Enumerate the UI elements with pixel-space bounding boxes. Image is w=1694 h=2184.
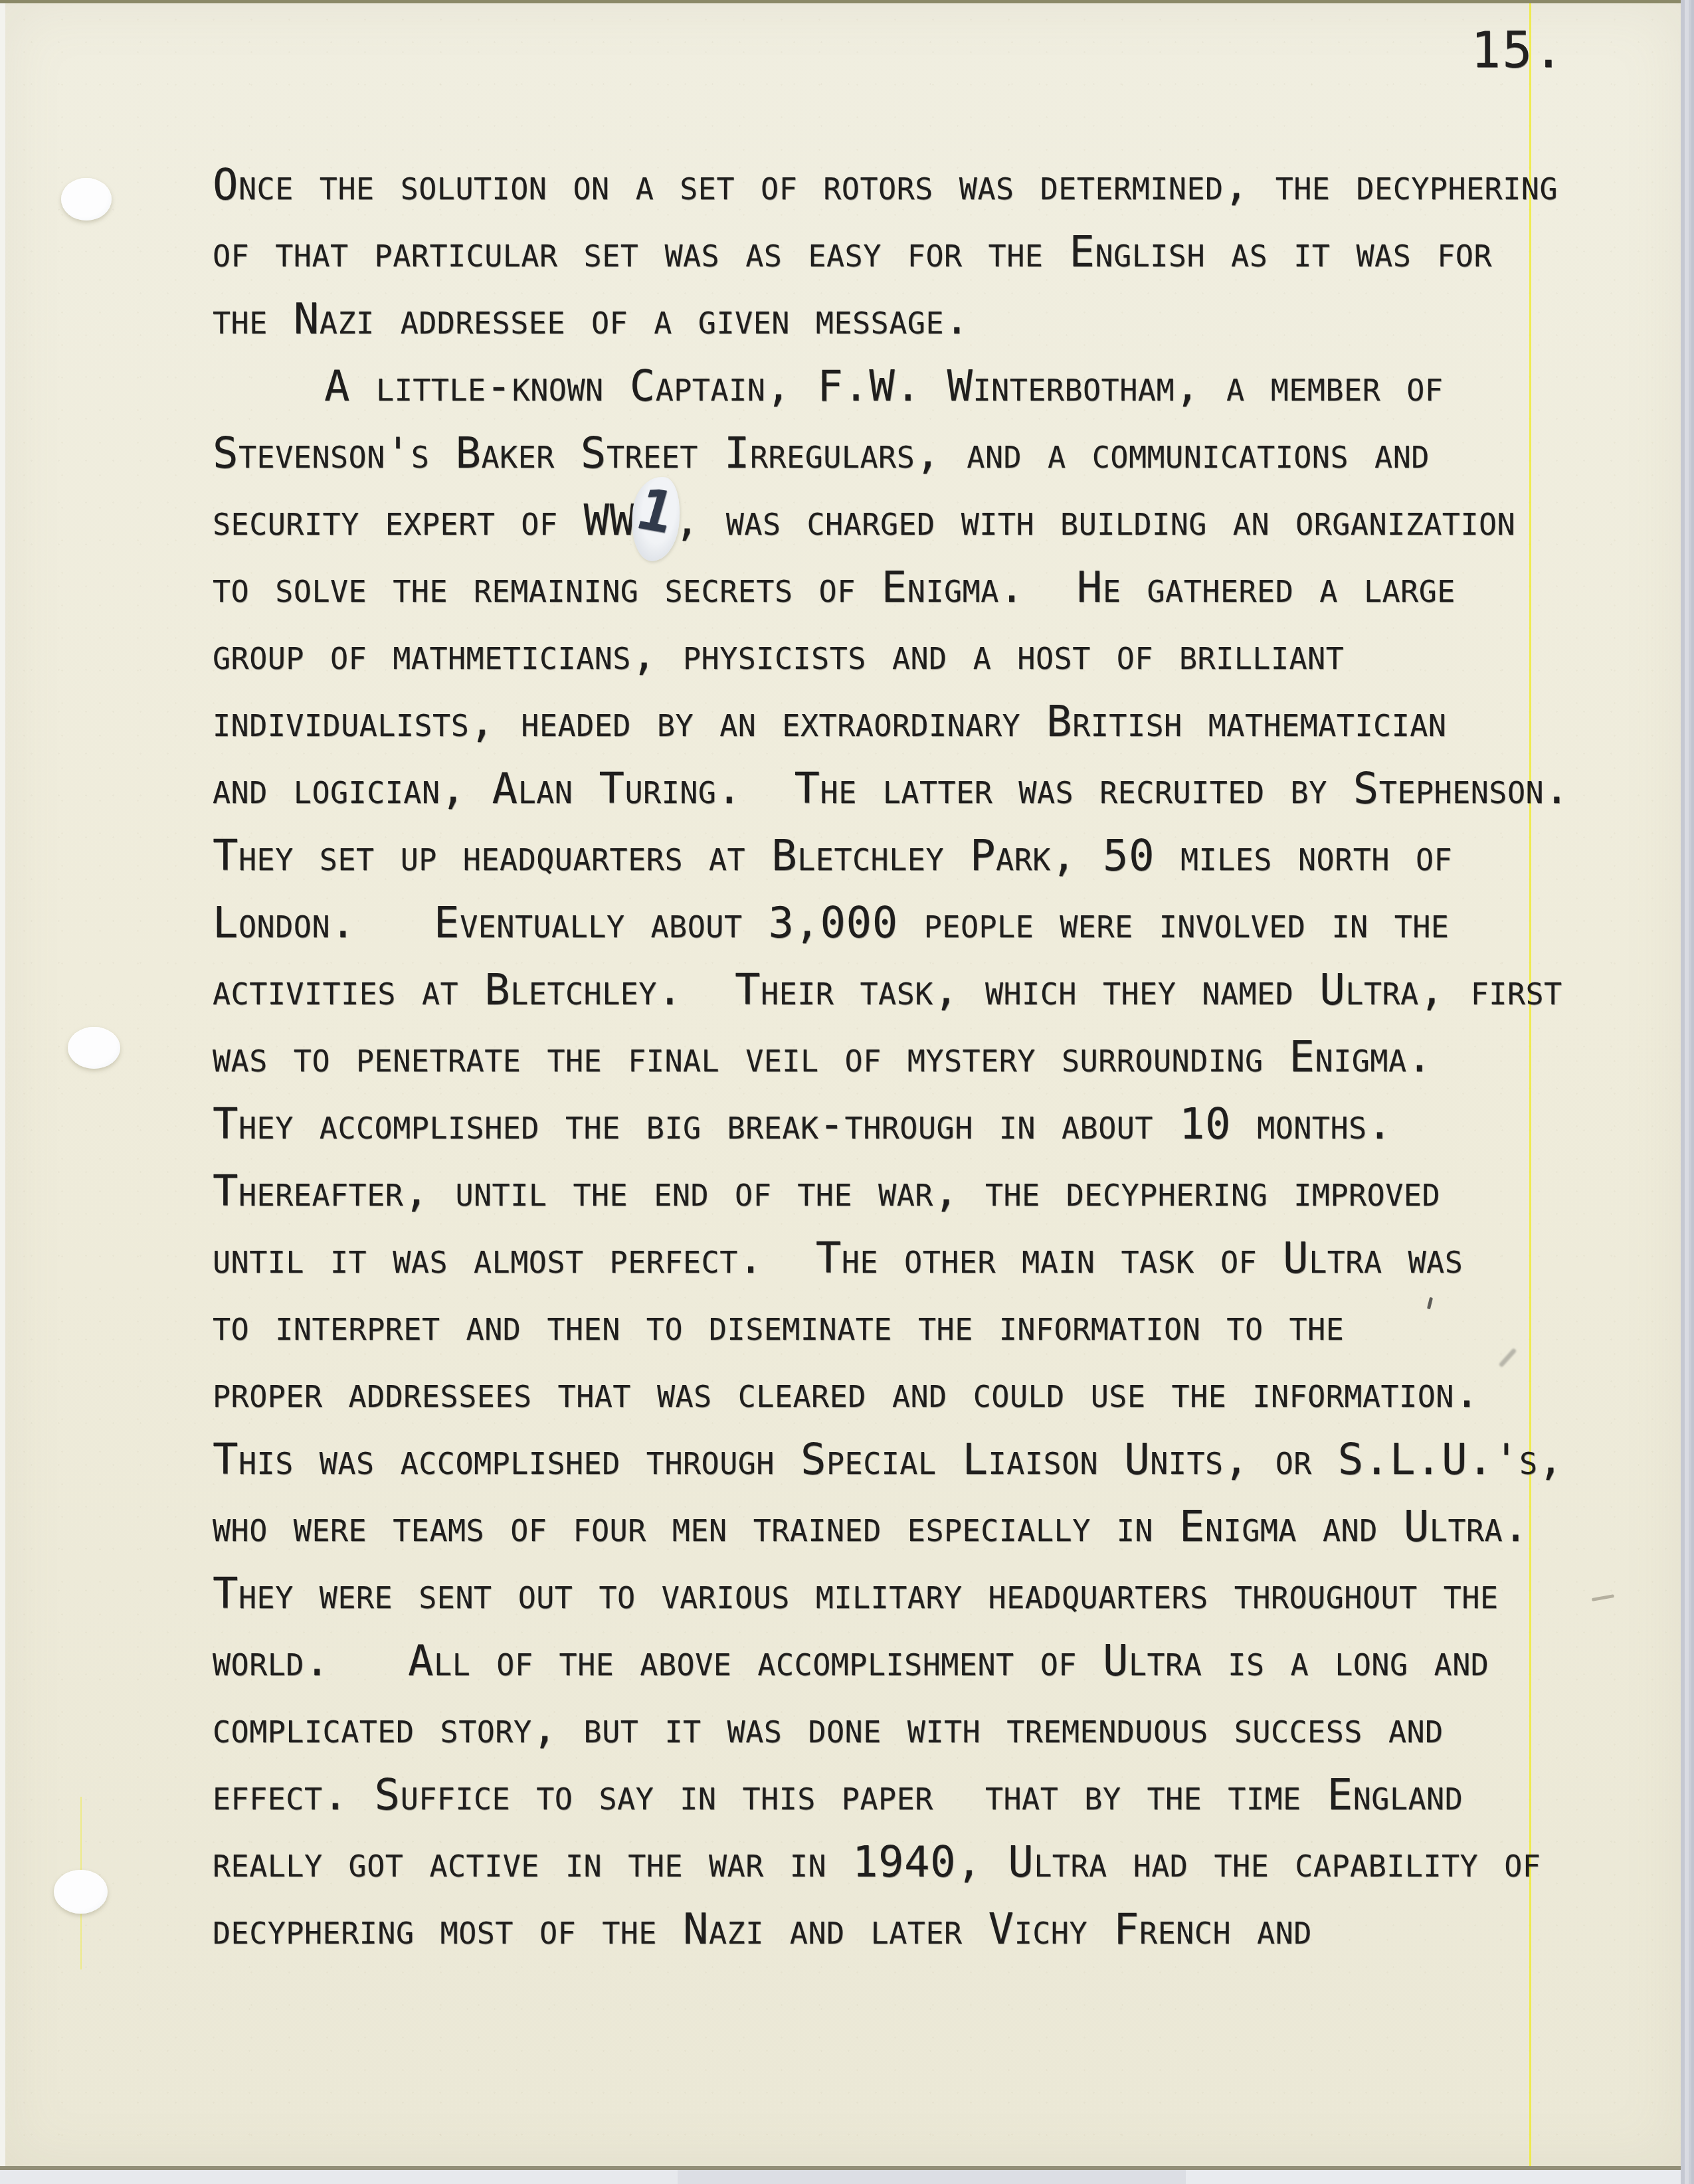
typed-line: individualists, headed by an extraordina… [213, 689, 1614, 756]
typed-line: London. Eventually about 3,000 people we… [213, 890, 1614, 957]
typed-line: complicated story, but it was done with … [213, 1695, 1614, 1762]
typed-line: world. All of the above accomplishment o… [213, 1628, 1614, 1695]
typed-line: Once the solution on a set of rotors was… [213, 152, 1614, 219]
typed-line: They set up headquarters at Bletchley Pa… [213, 823, 1614, 890]
typed-line: They accomplished the big break-through … [213, 1091, 1614, 1158]
scan-edge-left [0, 3, 5, 2169]
hole-punch [68, 1027, 120, 1069]
typed-line: This was accomplished through Special Li… [213, 1427, 1614, 1494]
typed-line: really got active in the war in 1940, Ul… [213, 1829, 1614, 1896]
scanned-page: 15. Once the solution on a set of rotors… [0, 0, 1694, 2184]
typed-line: and logician, Alan Turing. The latter wa… [213, 756, 1614, 823]
typed-line: Stevenson's Baker Street Irregulars, and… [213, 420, 1614, 488]
scan-edge-top [0, 0, 1681, 3]
typed-line: to interpret and then to diseminate the … [213, 1293, 1614, 1360]
typed-line: of that particular set was as easy for t… [213, 219, 1614, 286]
typed-text: Once the solution on a set of rotors was… [213, 152, 1614, 1963]
typed-line: group of mathmeticians, physicists and a… [213, 622, 1614, 689]
typed-line: proper addressees that was cleared and c… [213, 1360, 1614, 1427]
typed-line: to solve the remaining secrets of Enigma… [213, 555, 1614, 622]
typed-line: was to penetrate the final veil of myste… [213, 1024, 1614, 1091]
typed-line: decyphering most of the Nazi and later V… [213, 1896, 1614, 1963]
typed-line: They were sent out to various military h… [213, 1561, 1614, 1628]
typed-line: who were teams of four men trained espec… [213, 1494, 1614, 1561]
hole-punch [54, 1870, 108, 1914]
typed-line: Thereafter, until the end of the war, th… [213, 1158, 1614, 1226]
page-number: 15. [1471, 25, 1564, 75]
paper-sheet: 15. Once the solution on a set of rotors… [5, 3, 1681, 2166]
typed-line: security expert of WW1, was charged with… [213, 488, 1614, 555]
typed-line: A little-known Captain, F.W. Winterbotha… [213, 353, 1614, 420]
typed-line: effect. Suffice to say in this paper tha… [213, 1762, 1614, 1829]
typed-line: activities at Bletchley. Their task, whi… [213, 957, 1614, 1024]
typed-line: the Nazi addressee of a given message. [213, 286, 1614, 353]
scan-gutter-bottom [0, 2170, 1694, 2184]
scan-gutter-right [1681, 0, 1694, 2184]
typed-line: until it was almost perfect. The other m… [213, 1226, 1614, 1293]
hole-punch [61, 178, 112, 221]
